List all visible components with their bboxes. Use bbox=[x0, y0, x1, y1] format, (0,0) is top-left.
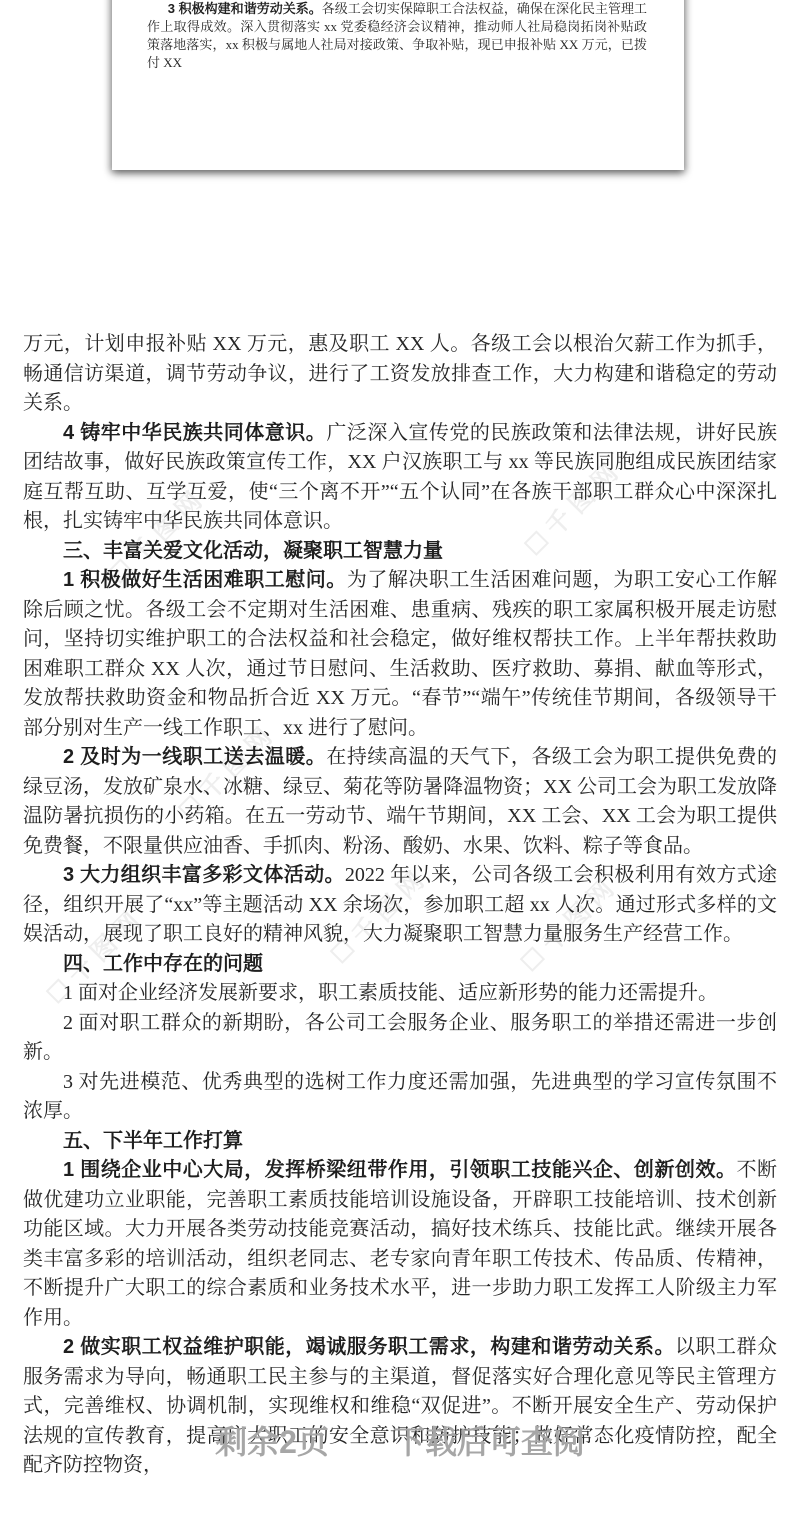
remaining-pages-label: 剩余2页 bbox=[215, 1417, 329, 1463]
paragraph: 4 铸牢中华民族共同体意识。广泛深入宣传党的民族政策和法律法规，讲好民族团结故事… bbox=[23, 419, 777, 537]
paragraph: 1 面对企业经济发展新要求，职工素质技能、适应新形势的能力还需提升。 bbox=[23, 979, 777, 1009]
paragraph: 1 积极做好生活困难职工慰问。为了解决职工生活困难问题，为职工安心工作解除后顾之… bbox=[23, 566, 777, 743]
paragraph: 3 对先进模范、优秀典型的选树工作力度还需加强，先进典型的学习宣传氛围不浓厚。 bbox=[23, 1068, 777, 1127]
paragraph: 1 围绕企业中心大局，发挥桥梁纽带作用，引领职工技能兴企、创新创效。不断做优建功… bbox=[23, 1156, 777, 1333]
document-body: 万元，计划申报补贴 XX 万元，惠及职工 XX 人。各级工会以根治欠薪工作为抓手… bbox=[23, 330, 777, 1481]
paragraph-lead: 3 积极构建和谐劳动关系。 bbox=[168, 1, 322, 16]
paragraph-lead: 4 铸牢中华民族共同体意识。 bbox=[63, 422, 326, 444]
paragraph-lead: 2 及时为一线职工送去温暖。 bbox=[63, 746, 326, 768]
paragraph: 2 面对职工群众的新期盼，各公司工会服务企业、服务职工的举措还需进一步创新。 bbox=[23, 1009, 777, 1068]
paragraph-lead: 2 做实职工权益维护职能，竭诚服务职工需求，构建和谐劳动关系。 bbox=[63, 1336, 675, 1358]
preview-footer: 剩余2页 下载后可查阅 bbox=[0, 1417, 800, 1463]
paragraph-lead: 1 围绕企业中心大局，发挥桥梁纽带作用，引领职工技能兴企、创新创效。 bbox=[63, 1159, 736, 1181]
section-heading: 五、下半年工作打算 bbox=[23, 1127, 777, 1157]
paragraph: 万元，计划申报补贴 XX 万元，惠及职工 XX 人。各级工会以根治欠薪工作为抓手… bbox=[23, 330, 777, 419]
paragraph: 3 积极构建和谐劳动关系。各级工会切实保障职工合法权益，确保在深化民主管理工作上… bbox=[147, 0, 647, 72]
download-hint-label: 下载后可查阅 bbox=[393, 1417, 585, 1463]
paragraph: 2 及时为一线职工送去温暖。在持续高温的天气下，各级工会为职工提供免费的绿豆汤，… bbox=[23, 743, 777, 861]
section-heading: 四、工作中存在的问题 bbox=[23, 950, 777, 980]
paragraph-lead: 1 积极做好生活困难职工慰问。 bbox=[63, 569, 347, 591]
page1-preview-card: 3 积极构建和谐劳动关系。各级工会切实保障职工合法权益，确保在深化民主管理工作上… bbox=[112, 0, 684, 170]
section-heading: 三、丰富关爱文化活动，凝聚职工智慧力量 bbox=[23, 537, 777, 567]
paragraph: 3 大力组织丰富多彩文体活动。2022 年以来，公司各级工会积极利用有效方式途径… bbox=[23, 861, 777, 950]
paragraph-lead: 3 大力组织丰富多彩文体活动。 bbox=[63, 864, 345, 886]
